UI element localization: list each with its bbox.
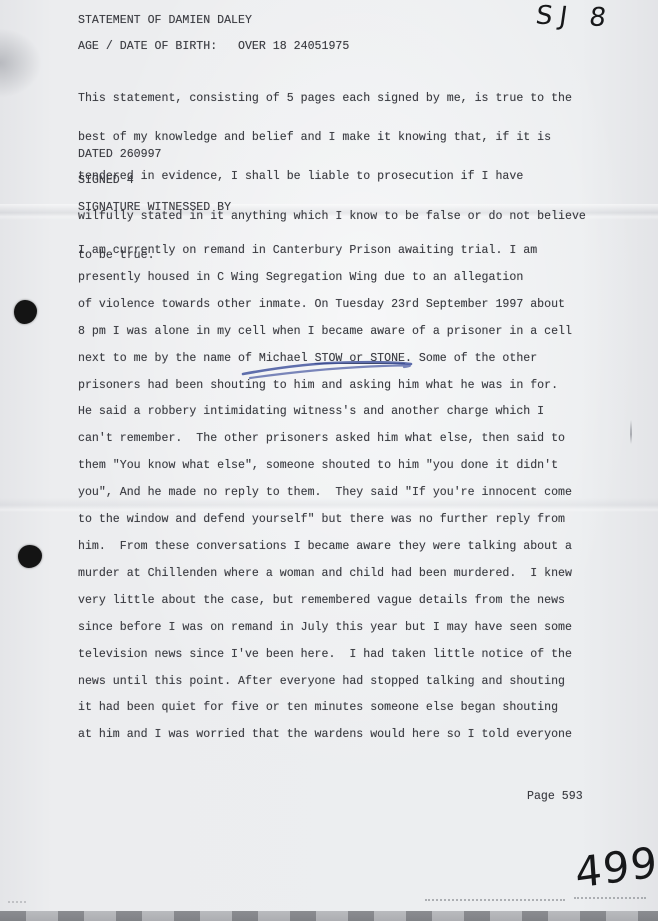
statement-body-line: next to me by the name of Michael STOW o… [78, 346, 572, 373]
hole-punch-mark-top [14, 300, 37, 324]
statement-body-line: can't remember. The other prisoners aske… [78, 426, 572, 453]
statement-body-line: He said a robbery intimidating witness's… [78, 399, 572, 426]
hole-punch-mark-bottom [18, 545, 42, 568]
statement-body-line: very little about the case, but remember… [78, 588, 572, 615]
statement-text: next to me by the name of Michael [78, 352, 315, 365]
statement-body-line: it had been quiet for five or ten minute… [78, 695, 572, 722]
statement-body-line: them "You know what else", someone shout… [78, 453, 572, 480]
declaration-line: tendered in evidence, I shall be liable … [78, 170, 586, 183]
statement-body-line: murder at Chillenden where a woman and c… [78, 561, 572, 588]
statement-text: . Some of the other [405, 352, 537, 365]
age-dob-line: AGE / DATE OF BIRTH: OVER 18 24051975 [78, 40, 349, 53]
declaration-line: This statement, consisting of 5 pages ea… [78, 92, 586, 105]
scanned-statement-page: { "page": { "header": { "title": "STATEM… [0, 0, 658, 921]
statement-body-line: of violence towards other inmate. On Tue… [78, 292, 572, 319]
statement-body-line: prisoners had been shouting to him and a… [78, 373, 572, 400]
statement-body-line: at him and I was worried that the warden… [78, 722, 572, 749]
handwritten-exhibit-number: SJ 8 [534, 1, 615, 34]
statement-body-line: television news since I've been here. I … [78, 642, 572, 669]
statement-body-line: him. From these conversations I became a… [78, 534, 572, 561]
handwritten-page-number: 499 [574, 837, 658, 898]
scan-dotted-artifact [8, 901, 26, 903]
paper-crease-shadow [0, 28, 42, 98]
page-number: Page 593 [527, 790, 583, 803]
witnessed-line: SIGNATURE WITNESSED BY [78, 201, 231, 214]
statement-body-line: 8 pm I was alone in my cell when I becam… [78, 319, 572, 346]
statement-title: STATEMENT OF DAMIEN DALEY [78, 14, 252, 27]
scan-bottom-edge [0, 911, 658, 921]
statement-body-line: to the window and defend yourself" but t… [78, 507, 572, 534]
statement-body-line: presently housed in C Wing Segregation W… [78, 265, 572, 292]
statement-body-line: you", And he made no reply to them. They… [78, 480, 572, 507]
dated-line: DATED 260997 [78, 148, 162, 161]
statement-body-line: since before I was on remand in July thi… [78, 615, 572, 642]
declaration-line: best of my knowledge and belief and I ma… [78, 131, 586, 144]
statement-body-line: I am currently on remand in Canterbury P… [78, 238, 572, 265]
statement-body: I am currently on remand in Canterbury P… [78, 238, 572, 749]
scan-dotted-artifact [574, 897, 646, 899]
underlined-name-text: STOW or STONE [315, 352, 405, 365]
signed-line: SIGNED 4 [78, 174, 134, 187]
pen-edge-mark [630, 420, 632, 444]
statement-body-line: news until this point. After everyone ha… [78, 669, 572, 696]
scan-dotted-artifact [425, 899, 565, 901]
